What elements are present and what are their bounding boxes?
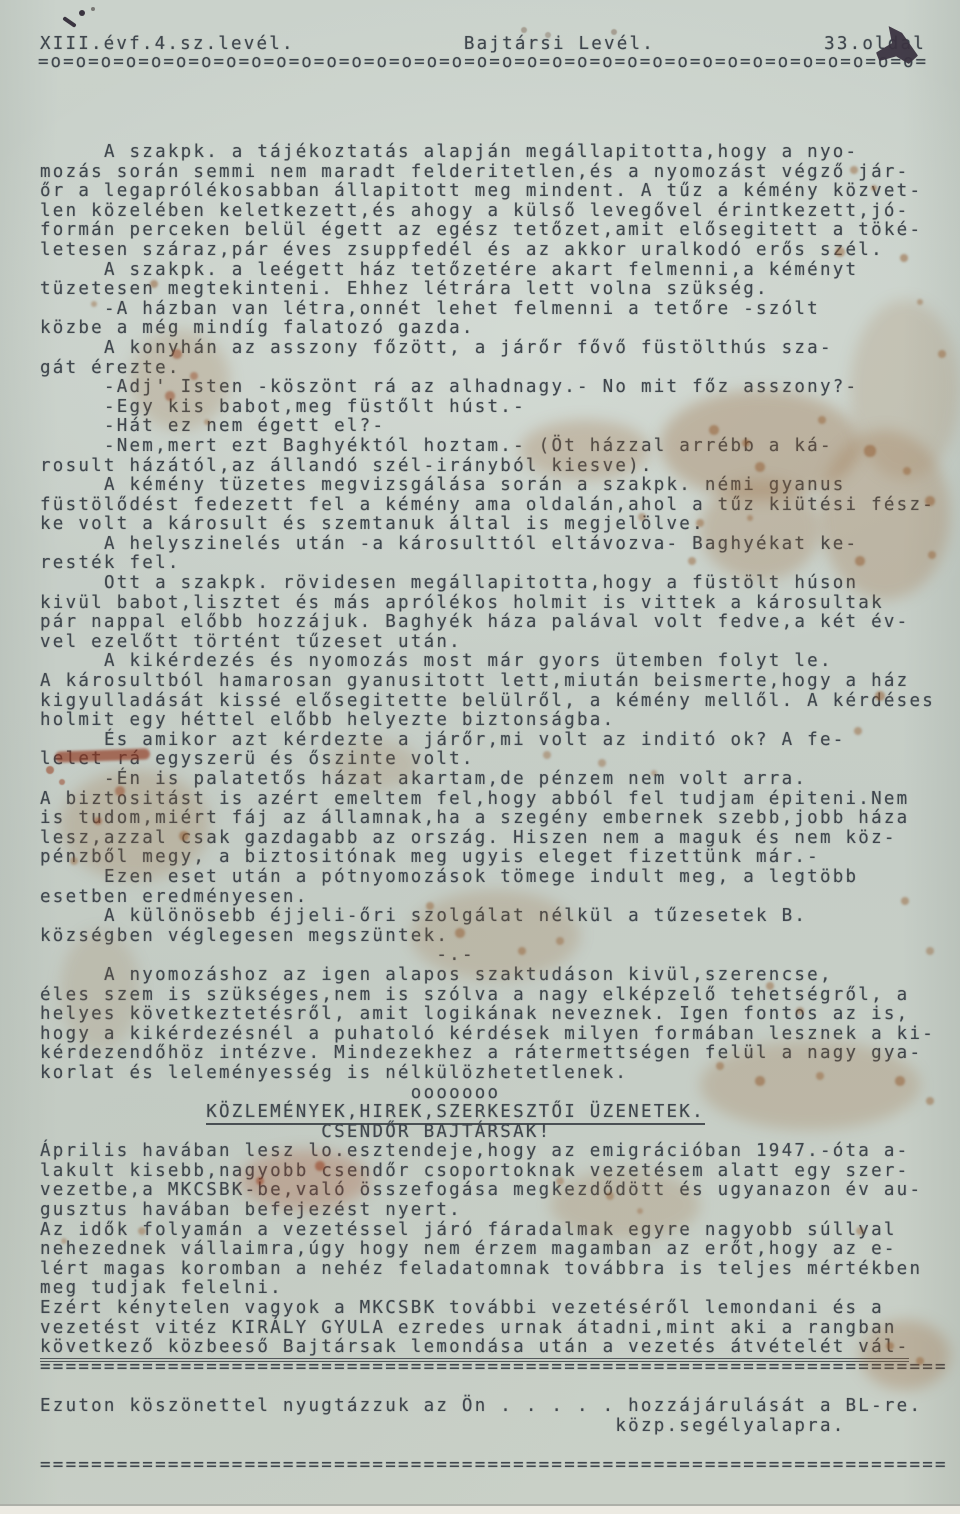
text-line: hogy a kikérdezésnél a puhatoló kérdések… [40,1025,960,1045]
text-line: kigyulladását kissé elősegitette belülrő… [40,692,960,712]
text-line: Ezen eset után a pótnyomozások tömege in… [40,868,960,888]
text-line: pár nappal előbb hozzájuk. Baghyék háza … [40,613,960,633]
text-line: A különösebb éjjeli-őri szolgálat nélkül… [40,907,960,927]
text-line: helyes következtetésről, amit logikának … [40,1005,960,1025]
text-line: ========================================… [40,1358,960,1378]
text-line: vel ezelőtt történt tűzeset után. [40,633,960,653]
text-line: len közelében keletkezett,és ahogy a kül… [40,202,960,222]
text-line: községben véglegesen megszüntek. [40,927,960,947]
text-line: lesz,azzal csak gazdagabb az ország. His… [40,829,960,849]
pen-mark [62,16,77,28]
text-line: vezetbe,a MKCSBK-be,való összefogása meg… [40,1181,960,1201]
text-line: nehezednek vállaimra,úgy hogy nem érzem … [40,1240,960,1260]
text-line [40,1377,960,1397]
text-line: rosult házától,az állandó szél-irányból … [40,457,960,477]
text-line: is tudom,miért fáj az államnak,ha a szeg… [40,809,960,829]
text-line: esetben eredményesen. [40,888,960,908]
text-line: éles szem is szükséges,nem is szólva a n… [40,986,960,1006]
pen-mark [79,10,85,16]
text-line: lért magas koromban a nehéz feladatomnak… [40,1260,960,1280]
text-line: KÖZLEMÉNYEK,HIREK,SZERKESZTŐI ÜZENETEK. [40,1103,960,1123]
text-line: A kémény tüzetes megvizsgálása során a s… [40,476,960,496]
text-line: ========================================… [40,1456,960,1476]
ink-specks [0,0,4,4]
text-line: A kikérdezés és nyomozás most már gyors … [40,652,960,672]
text-line: A nyomozáshoz az igen alapos szaktudáson… [40,966,960,986]
text-line: meg tudjak felelni. [40,1279,960,1299]
page-title: Bajtársi Levél. [464,34,655,54]
text-line: letesen száraz,pár éves zsuppfedél és az… [40,241,960,261]
text-line: holmit egy héttel előbb helyezte biztons… [40,711,960,731]
text-line: lelet rá egyszerü és őszinte volt. [40,750,960,770]
text-line: ke volt a károsult és szemtanuk által is… [40,515,960,535]
text-line: -Nem,mert ezt Baghyéktól hoztam.- (Öt há… [40,437,960,457]
text-line [40,1436,960,1456]
text-line: következő közbeeső Bajtársak lemondása u… [40,1338,960,1358]
text-line: mozás során semmi nem maradt felderitetl… [40,163,960,183]
text-line: őr a legaprólékosabban állapitott meg mi… [40,182,960,202]
text-line: -A házban van létra,onnét lehet felmenni… [40,300,960,320]
text-line: kérdezendőhöz intézve. Mindezekhez a rát… [40,1044,960,1064]
text-line: lakult kisebb,nagyobb csendőr csoportokn… [40,1162,960,1182]
header-divider: =o=o=o=o=o=o=o=o=o=o=o=o=o=o=o=o=o=o=o=o… [38,52,928,72]
text-line: pénzből megy, a biztositónak meg ugyis e… [40,848,960,868]
pen-mark [91,7,95,11]
text-line: A biztositást is azért emeltem fel,hogy … [40,790,960,810]
text-line: kivül babot,lisztet és más aprólékos hol… [40,594,960,614]
text-line: A helyszinelés után -a károsulttól eltáv… [40,535,960,555]
text-line: Ezuton köszönettel nyugtázzuk az Ön . . … [40,1397,960,1417]
text-line: tüzetesen megtekinteni. Ehhez létrára le… [40,280,960,300]
scan-edge [0,1504,960,1514]
text-line: korlat és leleményesség is nélkülözhetet… [40,1064,960,1084]
text-line: gusztus havában befejezést nyert. [40,1201,960,1221]
text-line: resték fel. [40,554,960,574]
text-line: Ott a szakpk. rövidesen megállapitotta,h… [40,574,960,594]
text-line: A károsultból hamarosan gyanusitott lett… [40,672,960,692]
text-line: füstölődést fedezett fel a kémény ama ol… [40,496,960,516]
text-line: közbe a még mindíg falatozó gazda. [40,319,960,339]
text-line: A konyhán az asszony főzött, a járőr főv… [40,339,960,359]
scanned-page: XIII.évf.4.sz.levél. Bajtársi Levél. 33.… [0,0,960,1514]
text-line: És amikor azt kérdezte a járőr,mi volt a… [40,731,960,751]
document-body: A szakpk. a tájékoztatás alapján megálla… [40,143,960,1475]
text-line: Ezért kénytelen vagyok a MKCSBK további … [40,1299,960,1319]
text-line: -Adj' Isten -köszönt rá az alhadnagy.- N… [40,378,960,398]
text-line: -Hát ez nem égett el?- [40,417,960,437]
text-line: -Én is palatetős házat akartam,de pénzem… [40,770,960,790]
text-line: -.- [40,946,960,966]
text-line: vezetést vitéz KIRÁLY GYULA ezredes urna… [40,1319,960,1339]
text-line: -Egy kis babot,meg füstőlt húst.- [40,398,960,418]
text-line: Április havában lesz lo.esztendeje,hogy … [40,1142,960,1162]
page-header: XIII.évf.4.sz.levél. Bajtársi Levél. 33.… [40,34,926,54]
text-line: A szakpk. a tájékoztatás alapján megálla… [40,143,960,163]
text-line: közp.segélyalapra. [40,1417,960,1437]
text-line: Az idők folyamán a vezetéssel járó fárad… [40,1221,960,1241]
text-line: formán perceken belül égett az egész tet… [40,221,960,241]
text-line: A szakpk. a leégett ház tetőzetére akart… [40,261,960,281]
text-line: CSENDŐR BAJTÁRSAK! [40,1123,960,1143]
text-line: gát érezte. [40,359,960,379]
issue-label: XIII.évf.4.sz.levél. [40,34,295,54]
text-line: ooooooo [40,1084,960,1104]
